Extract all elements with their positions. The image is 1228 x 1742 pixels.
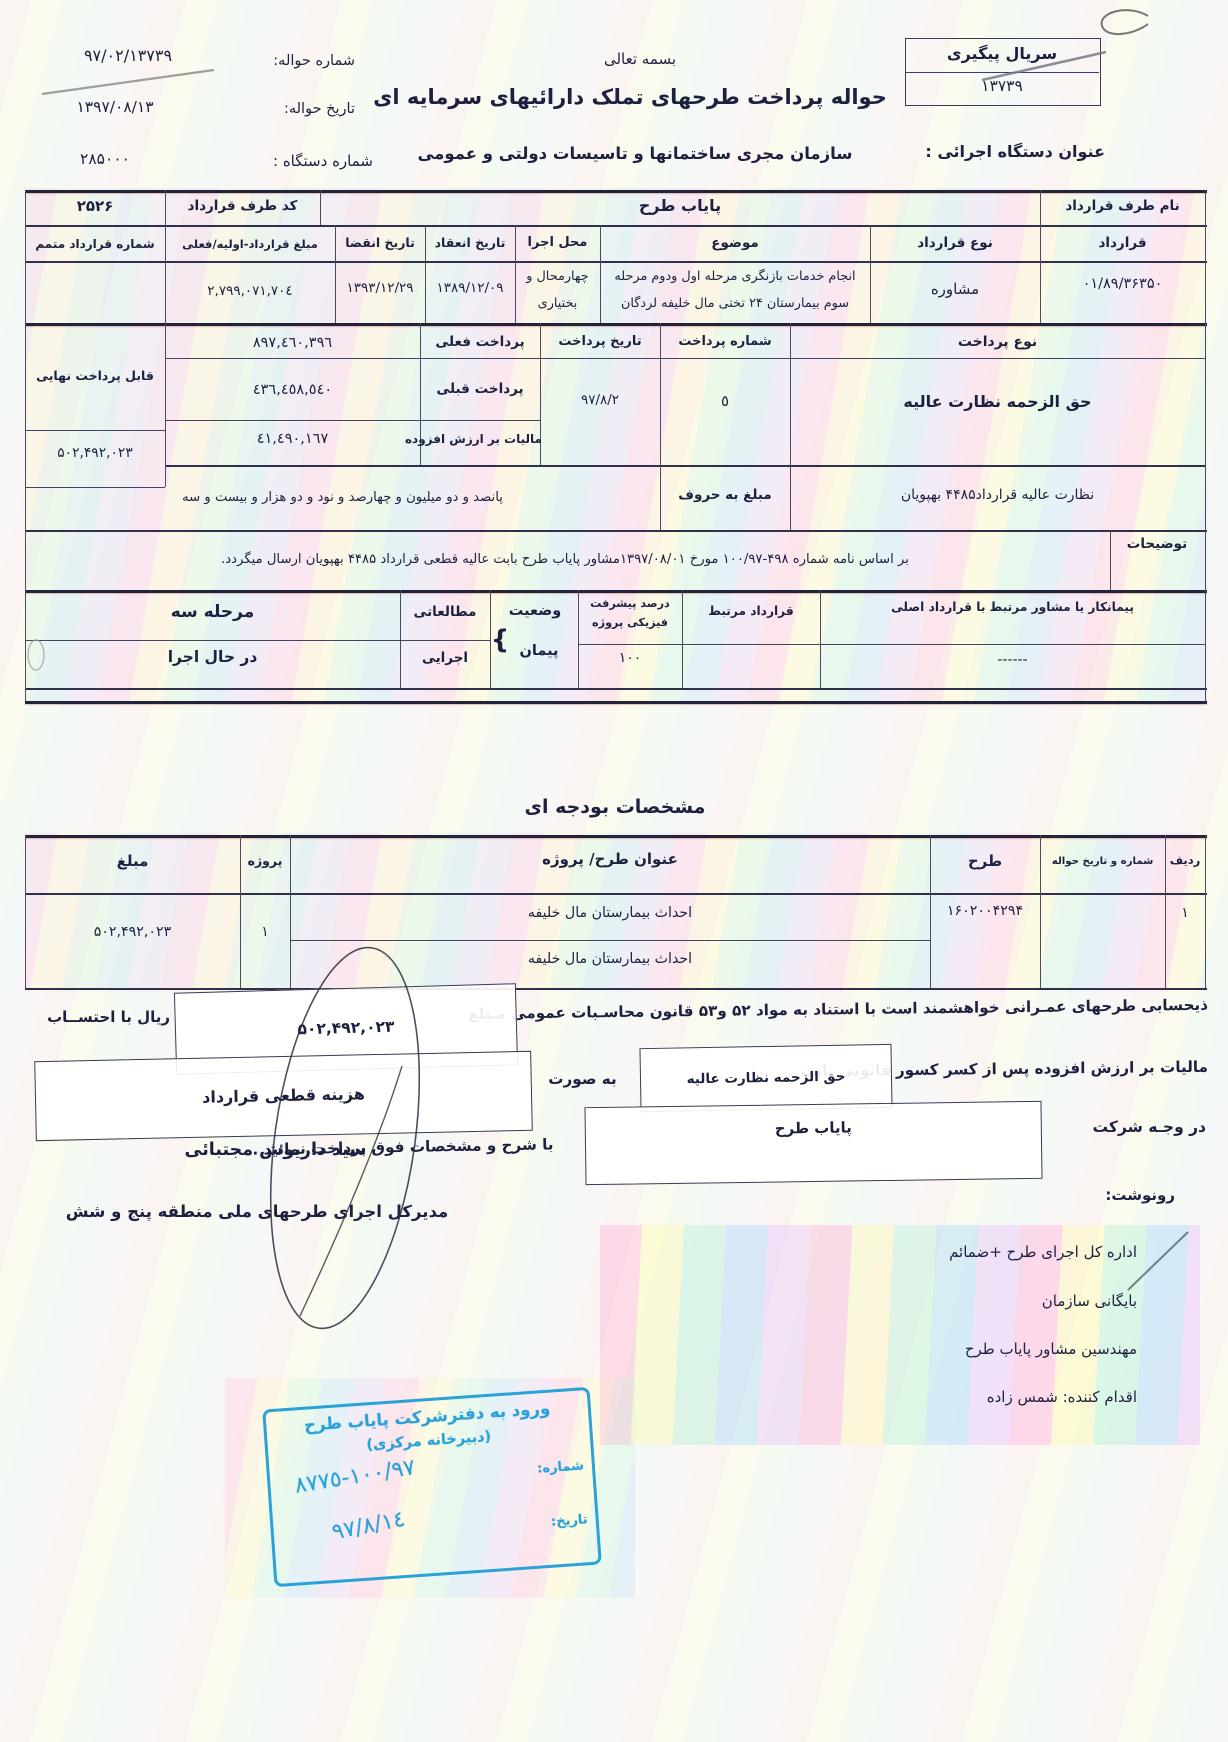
current-payment-value: ٨٩٧,٤٦٠,٣٩٦ [165,334,420,352]
request-mode-box: هزینه قطعی قرارداد [34,1051,533,1141]
request-payee-box: پایاب طرح [584,1101,1042,1185]
signatory-title: مدیرکل اجرای طرحهای ملی منطقه پنج و شش [52,1202,462,1223]
copies-item-3: مهندسین مشاور پایاب طرح [700,1340,1137,1359]
copies-item-2: بایگانی سازمان [700,1292,1137,1311]
subject-line2: سوم بیمارستان ۲۴ تختی مال خلیفه لردگان [600,296,870,312]
serial-tracking-number: ۱۳۷۳۹ [907,77,1097,96]
stamp-number-label: شماره: [537,1458,585,1476]
subject-label: موضوع [600,235,870,252]
pen-check-copies-item1 [1128,1232,1188,1290]
budget-section-title: مشخصات بودجه ای [415,796,815,820]
subject-line1: انجام خدمات بازنگری مرحله اول ودوم مرحله [600,269,870,285]
payment-number-label: شماره پرداخت [660,334,790,350]
budget-project-title-row1: احداث بیمارستان مال خلیفه [290,905,930,923]
contract-type-label: نوع قرارداد [870,235,1040,252]
budget-project-title-row2: احداث بیمارستان مال خلیفه [290,951,930,969]
signatory-name: سید داریوش مجتبائی [158,1140,393,1162]
executive-agency-label: عنوان دستگاه اجرائی : [880,142,1105,162]
location-label: محل اجرا [515,235,600,251]
request-mode-value: هزینه قطعی قرارداد [202,1084,365,1107]
request-line2-mid: به صورت [535,1070,630,1089]
current-payment-label: پرداخت فعلی [420,334,540,351]
budget-header-plan: طرح [930,852,1040,871]
contract-amount-label: مبلغ قرارداد-اولیه/فعلی [165,237,335,251]
contract-column-label: قرارداد [1040,235,1205,252]
vat-value: ٤١,٤٩٠,١٦٧ [165,430,420,448]
amount-in-words-label: مبلغ به حروف [660,487,790,504]
payment-date-label: تاریخ پرداخت [540,334,660,350]
pact-status-label-line1: وضعیت [492,602,578,620]
phase-status-value: در حال اجرا [25,648,400,667]
budget-header-title: عنوان طرح/ پروژه [290,850,930,869]
pact-status-brace: { [488,624,512,657]
related-party-value: ------ [820,652,1205,670]
payment-date-value: ۹۷/۸/۲ [540,392,660,409]
havale-date-value: ۱۳۹۷/۰۸/۱۳ [40,98,190,117]
progress-label-line1: درصد پیشرفت [578,597,682,611]
budget-amount-value: ۵۰۲,۴۹۲,۰۲۳ [25,924,240,942]
copies-item-4: اقدام کننده: شمس زاده [700,1388,1137,1407]
previous-payment-label: پرداخت قبلی [420,381,540,398]
contract-number-value: ۰۱/۸۹/۳۶۳۵۰ [1040,275,1205,293]
stamp-date-label: تاریخ: [551,1512,589,1530]
payment-number-value: ٥ [660,392,790,411]
budget-row-number: ۱ [1165,905,1205,923]
budget-header-amount: مبلغ [25,852,240,871]
amount-in-words-value: پانصد و دو میلیون و چهارصد و نود و دو هز… [25,490,660,507]
study-option-label: مطالعاتی [400,604,490,621]
executive-option-label: اجرایی [400,650,490,667]
havale-number-label: شماره حواله: [240,52,355,70]
vat-label: مالیات بر ارزش افزوده [418,432,542,447]
budget-header-project: پروژه [240,853,290,869]
sign-date-label: تاریخ انعقاد [425,235,515,251]
contract-type-value: مشاوره [870,280,1040,299]
notes-text: بر اساس نامه شماره ۴۹۸-۱۰۰/۹۷ مورخ ۱۳۹۷/… [30,552,1100,569]
progress-label-line2: فیزیکی پروژه [578,616,682,630]
budget-header-row: ردیف [1163,853,1207,867]
party-code-label: کد طرف قرارداد [165,198,320,215]
document-title: حواله پرداخت طرحهای تملک دارائیهای سرمای… [345,84,915,110]
payment-type-label: نوع پرداخت [790,334,1205,352]
notes-label: توضیحات [1112,536,1202,553]
request-line1: ذیحسابی طرحهای عمـرانی خواهشمند است با ا… [520,996,1208,1023]
expiry-date-label: تاریخ انقضا [335,235,425,251]
budget-header-havale: شماره و تاریخ حواله [1040,856,1165,869]
contract-amount-value: ٢,٧٩٩,٠٧١,٧٠٤ [165,283,335,300]
organization-name: سازمان مجری ساختمانها و تاسیسات دولتی و … [400,144,870,165]
corner-pen-mark [1102,10,1148,34]
budget-project-number: ۱ [240,924,290,942]
request-reason-box: حق الزحمه نظارت عالیه [639,1044,892,1112]
copies-label: رونوشت: [1045,1186,1175,1205]
pen-stroke-havale-number [42,70,214,94]
final-payable-label: قابل پرداخت نهایی [25,368,165,384]
location-line2: بختیاری [515,296,600,312]
serial-tracking-label: سريال پيگيری [907,44,1097,64]
havale-date-label: تاریخ حواله: [243,100,355,118]
related-party-label: پیمانکار یا مشاور مرتبط با قرارداد اصلی [820,600,1205,615]
payment-subject-note: نظارت عالیه قرارداد۴۴۸۵ بهپویان [790,487,1205,505]
party-name-value: پایاب طرح [320,196,1040,216]
final-payable-value: ۵۰۲,۴۹۲,۰۲۳ [25,445,165,462]
request-payee-value: پایاب طرح [775,1118,852,1138]
stamp-date-value: ٩٧/٨/١٤ [330,1507,407,1546]
havale-number-value: ۹۷/۰۲/۱۳۷۳۹ [28,46,228,66]
request-line1-tail: ریال با احتســاب [20,1008,170,1027]
request-amount-value: ۵۰۲,۴۹۲,۰۲۳ [297,1018,394,1040]
progress-value: ۱۰۰ [578,650,682,668]
scanned-payment-order-document: شماره حواله: ۹۷/۰۲/۱۳۷۳۹ تاریخ حواله: ۱۳… [0,0,1228,1742]
related-contract-label: قرارداد مرتبط [682,604,820,619]
party-name-label: نام طرف قرارداد [1040,198,1205,215]
stamp-number-value: ١٠٠/٩٧-٨٧٧٥ [293,1455,417,1499]
addendum-label: شماره قرارداد متمم [25,237,165,252]
request-reason-value: حق الزحمه نظارت عالیه [686,1068,845,1088]
request-line3: در وجـه شرکت [1068,1118,1206,1137]
registration-stamp: ورود به دفترشرکت پایاب طرح (دبیرخانه مرک… [262,1387,602,1587]
payment-type-value: حق الزحمه نظارت عالیه [790,392,1205,412]
budget-plan-code: ۱۶۰۲۰۰۴۲۹۴ [922,903,1048,921]
bismillah-text: بسمه تعالی [555,50,725,69]
previous-payment-value: ٤٣٦,٤٥٨,٥٤٠ [165,381,420,399]
location-line1: چهارمحال و [515,269,600,285]
device-number-value: ۲۸۵۰۰۰ [40,150,170,169]
device-number-label: شماره دستگاه : [238,152,373,171]
sign-date-value: ۱۳۸۹/۱۲/۰۹ [425,280,515,297]
party-code-value: ۲۵۲۶ [25,197,165,216]
expiry-date-value: ۱۳۹۳/۱۲/۲۹ [335,280,425,297]
phase-value: مرحله سه [25,602,400,623]
copies-item-1: اداره کل اجرای طرح +ضمائم [700,1243,1137,1262]
